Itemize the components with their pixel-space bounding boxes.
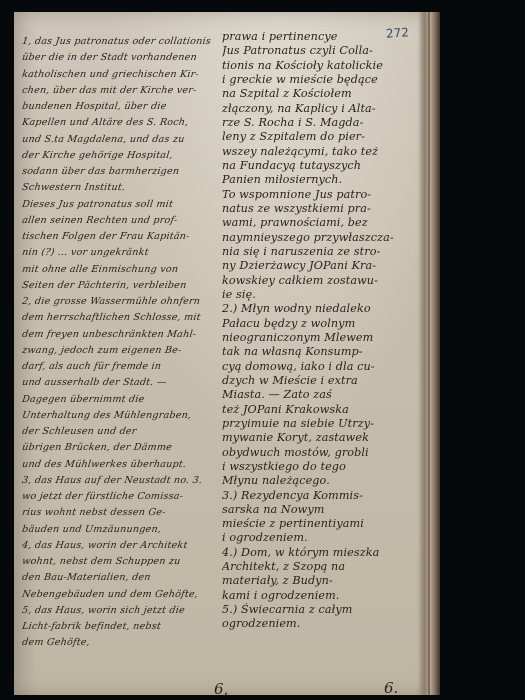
manuscript-line: chen, über das mit der Kirche ver- [21, 83, 223, 99]
page-number-right: 6. [384, 679, 398, 697]
page-number-left: 6, [214, 680, 228, 698]
manuscript-line: obydwuch mostów, grobli [222, 446, 422, 460]
manuscript-line: über die in der Stadt vorhandenen [21, 50, 223, 66]
manuscript-line: ie się. [222, 288, 422, 302]
manuscript-line: Panien miłosiernych. [222, 173, 422, 187]
manuscript-line: Miasta. — Zato zaś [222, 388, 422, 402]
manuscript-page: 272 1, das Jus patronatus oder collation… [14, 12, 440, 695]
page-edge-line [428, 12, 430, 695]
manuscript-line: nia się i naruszenia ze stro- [222, 245, 422, 259]
manuscript-line: na Fundacyą tutayszych [222, 159, 422, 173]
manuscript-line: Architekt, z Szopą na [222, 560, 422, 574]
manuscript-line: der Schleusen und der [21, 424, 223, 440]
manuscript-line: sarska na Nowym [222, 503, 422, 517]
manuscript-line: Kapellen und Altäre des S. Roch, [21, 115, 223, 131]
manuscript-line: dem herrschaftlichen Schlosse, mit [21, 310, 223, 326]
manuscript-line: i wszystkiego do tego [222, 460, 422, 474]
manuscript-line: dzych w Mieście i extra [222, 374, 422, 388]
manuscript-line: 2.) Młyn wodny niedaleko [222, 302, 422, 316]
manuscript-line: und des Mühlwerkes überhaupt. [21, 457, 223, 473]
right-column-polish-text: prawa i pertinencyeJus Patronatus czyli … [222, 30, 422, 632]
manuscript-line: tischen Folgen der Frau Kapitän- [21, 229, 223, 245]
manuscript-line: und ausserhalb der Stadt. — [21, 375, 223, 391]
manuscript-line: allen seinen Rechten und prof- [21, 213, 223, 229]
manuscript-line: Licht-fabrik befindet, nebst [21, 619, 223, 635]
manuscript-line: kami i ogrodzeniem. [222, 589, 422, 603]
manuscript-line: wami, prawnościami, bez [222, 216, 422, 230]
manuscript-line: na Szpital z Kościołem [222, 87, 422, 101]
manuscript-line: wo jetzt der fürstliche Comissa- [21, 489, 223, 505]
manuscript-line: i ogrodzeniem. [222, 531, 422, 545]
manuscript-line: mywanie Koryt, zastawek [222, 431, 422, 445]
manuscript-line: 2, die grosse Wassermühle ohnfern [21, 294, 223, 310]
manuscript-line: i greckie w mieście będące [222, 73, 422, 87]
manuscript-line: Młynu należącego. [222, 474, 422, 488]
manuscript-line: kowskiey całkiem zostawu- [222, 274, 422, 288]
manuscript-line: und S.ta Magdalena, und das zu [21, 132, 223, 148]
manuscript-line: dem Gehöfte, [21, 635, 223, 651]
manuscript-line: Pałacu będzy z wolnym [222, 317, 422, 331]
manuscript-line: Dagegen übernimmt die [21, 392, 223, 408]
manuscript-line: 4, das Haus, worin der Architekt [21, 538, 223, 554]
manuscript-line: bundenen Hospital, über die [21, 99, 223, 115]
manuscript-line: Unterhaltung des Mühlengraben, [21, 408, 223, 424]
manuscript-line: sodann über das barmherzigen [21, 164, 223, 180]
manuscript-line: prawa i pertinencye [222, 30, 422, 44]
manuscript-line: mit ohne alle Einmischung von [21, 262, 223, 278]
manuscript-line: Dieses Jus patronatus soll mit [21, 197, 223, 213]
manuscript-line: wszey należącymi, tako też [222, 145, 422, 159]
manuscript-line: 1, das Jus patronatus oder collationis [21, 34, 223, 50]
manuscript-line: nieograniczonym Mlewem [222, 331, 422, 345]
manuscript-line: 5.) Świecarnia z całym [222, 603, 422, 617]
manuscript-line: wohnt, nebst dem Schuppen zu [21, 554, 223, 570]
manuscript-line: tionis na Kościoły katolickie [222, 59, 422, 73]
manuscript-line: cyą domową, iako i dla cu- [222, 360, 422, 374]
manuscript-line: Seiten der Pächterin, verbleiben [21, 278, 223, 294]
manuscript-line: 3.) Rezydencya Kommis- [222, 489, 422, 503]
manuscript-line: übrigen Brücken, der Dämme [21, 440, 223, 456]
manuscript-line: Nebengebäuden und dem Gehöfte, [21, 587, 223, 603]
manuscript-line: też JOPani Krakowska [222, 403, 422, 417]
manuscript-line: natus ze wszystkiemi pra- [222, 202, 422, 216]
manuscript-line: mieście z pertinentiyami [222, 517, 422, 531]
manuscript-line: 3, das Haus auf der Neustadt no. 3. [21, 473, 223, 489]
manuscript-line: ny Dzierżawcy JOPani Kra- [222, 259, 422, 273]
manuscript-line: naymnieyszego przywłaszcza- [222, 231, 422, 245]
manuscript-line: nin (?) ... vor ungekränkt [21, 245, 223, 261]
manuscript-line: 5, das Haus, worin sich jetzt die [21, 603, 223, 619]
manuscript-line: rius wohnt nebst dessen Ge- [21, 505, 223, 521]
manuscript-line: katholischen und griechischen Kir- [21, 67, 223, 83]
manuscript-line: dem freyen unbeschränkten Mahl- [21, 327, 223, 343]
manuscript-line: der Kirche gehörige Hospital, [21, 148, 223, 164]
manuscript-line: rze S. Rocha i S. Magda- [222, 116, 422, 130]
manuscript-line: To wspomnione Jus patro- [222, 188, 422, 202]
manuscript-line: ogrodzeniem. [222, 617, 422, 631]
manuscript-line: zwang, jedoch zum eigenen Be- [21, 343, 223, 359]
manuscript-line: złączony, na Kaplicy i Alta- [222, 102, 422, 116]
manuscript-line: darf, als auch für fremde in [21, 359, 223, 375]
left-column-german-text: 1, das Jus patronatus oder collationisüb… [22, 34, 222, 652]
manuscript-line: leny z Szpitalem do pier- [222, 130, 422, 144]
manuscript-line: den Bau-Materialien, den [21, 570, 223, 586]
manuscript-line: materiały, z Budyn- [222, 574, 422, 588]
manuscript-line: Schwestern Institut. [21, 180, 223, 196]
manuscript-line: bäuden und Umzäunungen, [21, 522, 223, 538]
manuscript-line: przyimuie na siebie Utrzy- [222, 417, 422, 431]
manuscript-line: 4.) Dom, w którym mieszka [222, 546, 422, 560]
manuscript-line: tak na własną Konsump- [222, 345, 422, 359]
manuscript-line: Jus Patronatus czyli Colla- [222, 44, 422, 58]
